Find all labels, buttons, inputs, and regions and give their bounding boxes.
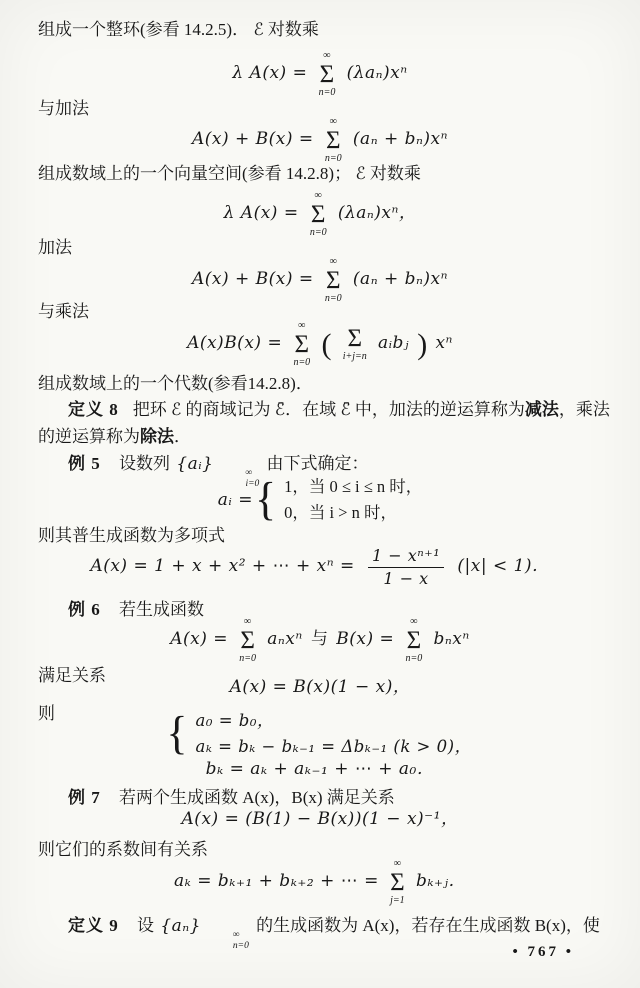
formula-lhs: A(x)B(x) = <box>187 333 282 353</box>
formula-lhs: aₖ = bₖ₊₁ + bₖ₊₂ + ⋯ = <box>174 871 379 891</box>
left-paren: ( <box>321 328 331 361</box>
paragraph-text: 则它们的系数间有关系 <box>38 840 208 859</box>
paragraph-text: 组成一个整环(参看 14.2.5)． ℰ 对数乘 <box>38 20 319 39</box>
formula-condition: (|x| < 1)． <box>457 556 549 576</box>
definition-8-label: 定义 8 <box>68 400 119 419</box>
formula-rhs: (aₙ + bₙ)xⁿ <box>353 269 448 289</box>
fraction-numerator: 1 − xⁿ⁺¹ <box>368 546 444 568</box>
summation-sign: ∞ Σ n=0 <box>325 116 342 165</box>
formula-text: bₖ = aₖ + aₖ₋₁ + ⋯ + a₀． <box>206 759 435 779</box>
sigma-symbol: Σ <box>390 870 405 895</box>
formula-rhs: bₖ₊ⱼ． <box>416 871 466 891</box>
cases-rows: a₀ = b₀， aₖ = bₖ − bₖ₋₁ = Δbₖ₋₁ (k > 0)， <box>194 710 474 758</box>
example-7: 例 7 若两个生成函数 A(x)，B(x) 满足关系 <box>38 784 612 811</box>
example-5-text-2: 由下式确定： <box>267 454 369 473</box>
formula-lhs: A(x) = 1 + x + x² + ⋯ + xⁿ = <box>90 556 354 576</box>
formula-scalar-mult-1: λ A(x) = ∞ Σ n=0 (λaₙ)xⁿ <box>0 50 640 99</box>
formula-addition-1: A(x) + B(x) = ∞ Σ n=0 (aₙ + bₙ)xⁿ <box>0 116 640 165</box>
summation-sign-a: ∞ Σ n=0 <box>239 616 256 665</box>
cases-rows: 1，当 0 ≤ i ≤ n 时， 0，当 i > n 时， <box>282 476 424 524</box>
sigma-symbol: Σ <box>295 332 310 357</box>
inner-terms: aᵢbⱼ <box>378 333 409 353</box>
series-b-lhs: B(x) = <box>336 629 394 649</box>
sigma-symbol: Σ <box>347 326 362 351</box>
formula-rhs: (λaₙ)xⁿ <box>347 63 408 83</box>
paragraph-text: 组成数域上的一个代数(参看14.2.8)． <box>38 374 313 393</box>
example-7-label: 例 7 <box>68 788 101 807</box>
example-5-label: 例 5 <box>68 454 101 473</box>
sequence-limits: ∞n=0 <box>203 930 249 952</box>
sum-lower-limit: i+j=n <box>343 351 367 363</box>
definition-8-text: 把环 ℰ 的商域记为 ℰ̄．在域 ℰ̄ 中，加法的逆运算称为 <box>133 400 525 419</box>
fraction-denominator: 1 − x <box>383 568 428 589</box>
sum-lower-limit: n=0 <box>293 357 310 369</box>
definition-9-text: 设 <box>137 916 154 935</box>
sequence-notation: {aᵢ} <box>176 454 213 474</box>
summation-sign-b: ∞ Σ n=0 <box>406 616 423 665</box>
heading-text: 加法 <box>38 238 72 257</box>
case-row-1: 1，当 0 ≤ i ≤ n 时， <box>284 476 422 497</box>
formula-scalar-mult-2: λ A(x) = ∞ Σ n=0 (λaₙ)xⁿ， <box>0 190 640 239</box>
definition-8-text-3: ． <box>174 427 191 446</box>
sigma-symbol: Σ <box>320 62 335 87</box>
system-row-1: a₀ = b₀， <box>196 710 274 731</box>
series-a-terms: aₙxⁿ <box>267 629 303 649</box>
term-subtraction: 减法 <box>525 400 559 419</box>
system-row-2: aₖ = bₖ − bₖ₋₁ = Δbₖ₋₁ (k > 0)， <box>196 736 472 757</box>
formula-text: A(x) = (B(1) − B(x))(1 − x)⁻¹， <box>182 809 459 829</box>
formula-piecewise: aᵢ = { 1，当 0 ≤ i ≤ n 时， 0，当 i > n 时， <box>0 476 640 524</box>
right-paren: ) <box>417 328 427 361</box>
formula-tail-sum: aₖ = bₖ₊₁ + bₖ₊₂ + ⋯ = ∞ Σ j=1 bₖ₊ⱼ． <box>0 858 640 907</box>
summation-sign: ∞ Σ n=0 <box>310 190 327 239</box>
definition-9-text-2: 的生成函数为 A(x)，若存在生成函数 B(x)，使 <box>256 916 600 935</box>
cases-group: aᵢ = { 1，当 0 ≤ i ≤ n 时， 0，当 i > n 时， <box>216 476 425 524</box>
summation-sign-inner: Σ i+j=n <box>343 326 367 363</box>
formula-example7-relation: A(x) = (B(1) − B(x))(1 − x)⁻¹， <box>0 808 640 830</box>
page-number: • 767 • <box>512 944 574 961</box>
sigma-symbol: Σ <box>240 628 255 653</box>
sequence-notation: {aₙ} <box>160 916 201 936</box>
paragraph-ring-intro: 组成一个整环(参看 14.2.5)． ℰ 对数乘 <box>38 16 612 43</box>
series-b-terms: bₙxⁿ <box>434 629 470 649</box>
formula-lhs: λ A(x) = <box>224 203 299 223</box>
formula-lhs: λ A(x) = <box>232 63 307 83</box>
formula-coefficient-system: { a₀ = b₀， aₖ = bₖ − bₖ₋₁ = Δbₖ₋₁ (k > 0… <box>0 710 640 758</box>
fraction: 1 − xⁿ⁺¹ 1 − x <box>366 546 446 589</box>
summation-sign: ∞ Σ n=0 <box>319 50 336 99</box>
conjunction-text: 与 <box>311 629 328 648</box>
sum-lower-limit: j=1 <box>390 895 405 907</box>
sigma-symbol: Σ <box>326 268 341 293</box>
definition-8: 定义 8把环 ℰ 的商域记为 ℰ̄．在域 ℰ̄ 中，加法的逆运算称为减法，乘法的… <box>38 396 612 450</box>
formula-geometric-sum: A(x) = 1 + x + x² + ⋯ + xⁿ = 1 − xⁿ⁺¹ 1 … <box>0 546 640 589</box>
formula-rhs: (aₙ + bₙ)xⁿ <box>353 129 448 149</box>
left-brace: { <box>255 477 276 523</box>
paragraph-text: 组成数域上的一个向量空间(参看 14.2.8)； ℰ 对数乘 <box>38 164 421 183</box>
formula-relation: A(x) = B(x)(1 − x)， <box>0 676 640 698</box>
paragraph-algebra: 组成数域上的一个代数(参看14.2.8)． <box>38 370 612 397</box>
formula-text: A(x) = B(x)(1 − x)， <box>230 677 411 697</box>
sequence-upper: ∞ <box>203 930 240 941</box>
paragraph-polynomial: 则其普生成函数为多项式 <box>38 522 612 549</box>
formula-lhs: A(x) = <box>170 629 228 649</box>
formula-rhs: (λaₙ)xⁿ， <box>338 203 417 223</box>
example-7-text: 若两个生成函数 A(x)，B(x) 满足关系 <box>119 788 395 807</box>
example-5-text: 设数列 <box>119 454 170 473</box>
summation-sign: ∞ Σ j=1 <box>390 858 405 907</box>
scanned-book-page: 组成一个整环(参看 14.2.5)． ℰ 对数乘 λ A(x) = ∞ Σ n=… <box>0 0 640 988</box>
heading-text: 与乘法 <box>38 302 89 321</box>
sigma-symbol: Σ <box>311 202 326 227</box>
cases-group: { a₀ = b₀， aₖ = bₖ − bₖ₋₁ = Δbₖ₋₁ (k > 0… <box>166 710 473 758</box>
term-division: 除法 <box>140 427 174 446</box>
formula-lhs: A(x) + B(x) = <box>192 269 314 289</box>
paragraph-vector-space: 组成数域上的一个向量空间(参看 14.2.8)； ℰ 对数乘 <box>38 160 612 187</box>
formula-lhs: A(x) + B(x) = <box>192 129 314 149</box>
case-row-2: 0，当 i > n 时， <box>284 502 397 523</box>
formula-tail: xⁿ <box>435 333 452 353</box>
formula-two-series: A(x) = ∞ Σ n=0 aₙxⁿ 与 B(x) = ∞ Σ n=0 bₙx… <box>0 616 640 665</box>
definition-9-label: 定义 9 <box>68 916 119 935</box>
formula-bk-sum: bₖ = aₖ + aₖ₋₁ + ⋯ + a₀． <box>0 758 640 780</box>
summation-sign-outer: ∞ Σ n=0 <box>293 320 310 369</box>
left-brace: { <box>166 711 187 757</box>
sequence-lower: n=0 <box>203 941 249 952</box>
sigma-symbol: Σ <box>407 628 422 653</box>
formula-multiplication: A(x)B(x) = ∞ Σ n=0 ( Σ i+j=n aᵢbⱼ ) xⁿ <box>0 320 640 369</box>
cases-lhs: aᵢ = <box>218 489 253 511</box>
paragraph-text: 则其普生成函数为多项式 <box>38 526 225 545</box>
sigma-symbol: Σ <box>326 128 341 153</box>
